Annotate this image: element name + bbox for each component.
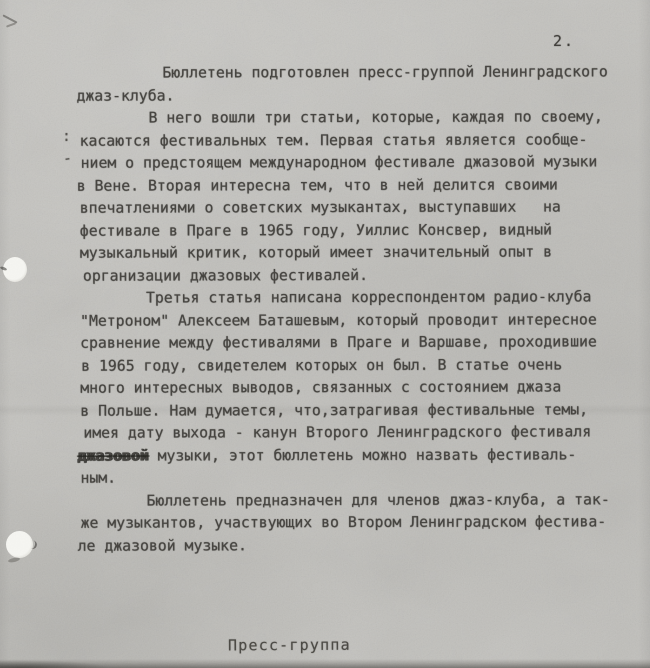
text-line: Третья статья написана корреспондентом р…	[80, 286, 609, 310]
text-line: Бюллетень подготовлен пресс-группой Лени…	[96, 61, 608, 85]
page-number: 2.	[553, 32, 575, 50]
signature-line: Пресс-группа	[228, 636, 351, 655]
punch-hole-top	[3, 257, 27, 282]
corner-pencil-mark-2	[6, 22, 16, 27]
text-line-rest: музыки, этот бюллетень можно назвать фес…	[149, 446, 577, 464]
text-line: ным.	[80, 466, 609, 490]
text-line: в Польше. Нам думается, что,затрагивая ф…	[80, 399, 609, 423]
punch-hole-bottom	[6, 531, 33, 558]
text-line: организации джазовых фестивалей.	[83, 264, 609, 288]
text-line: сравнение между фестивалями в Праге и Ва…	[80, 331, 609, 355]
text-line: в Вене. Вторая интересна тем, что в ней …	[77, 174, 609, 198]
stray-colon-mark: :	[62, 128, 71, 145]
text-line: музыкальный критик, который имеет значит…	[80, 241, 609, 265]
text-line: ле джазовой музыке.	[78, 534, 610, 558]
text-line: Бюллетень предназначен для членов джаз-к…	[80, 489, 609, 513]
text-line: джаз-клуба.	[76, 84, 608, 108]
text-line: нием о предстоящем международном фестива…	[81, 151, 609, 175]
stray-dash-mark: -	[62, 149, 73, 167]
overstruck-word: джазовой	[77, 447, 148, 464]
text-line-overstruck: джазовой музыки, этот бюллетень можно на…	[77, 444, 609, 468]
text-line: В него вошли три статьи, которые, каждая…	[82, 106, 608, 130]
scan-bottom-edge	[0, 659, 650, 668]
text-line: в 1965 году, свидетелем которых он был. …	[81, 354, 609, 378]
text-line: имея дату выхода - канун Второго Ленингр…	[83, 421, 609, 445]
text-line: много интересных выводов, связанных с со…	[80, 376, 609, 400]
text-line: впечатлениями о советских музыкантах, вы…	[80, 196, 609, 220]
typewritten-text-block: Бюллетень подготовлен пресс-группой Лени…	[79, 61, 610, 557]
text-line: касаются фестивальных тем. Первая статья…	[80, 129, 609, 153]
text-line: фестивале в Праге в 1965 году, Уиллис Ко…	[80, 219, 609, 243]
scanned-page: 2. Бюллетень подготовлен пресс-группой Л…	[0, 0, 650, 668]
text-line: "Метроном" Алексеем Баташевым, который п…	[80, 309, 609, 333]
text-line: же музыкантов, участвующих во Втором Лен…	[81, 511, 610, 535]
